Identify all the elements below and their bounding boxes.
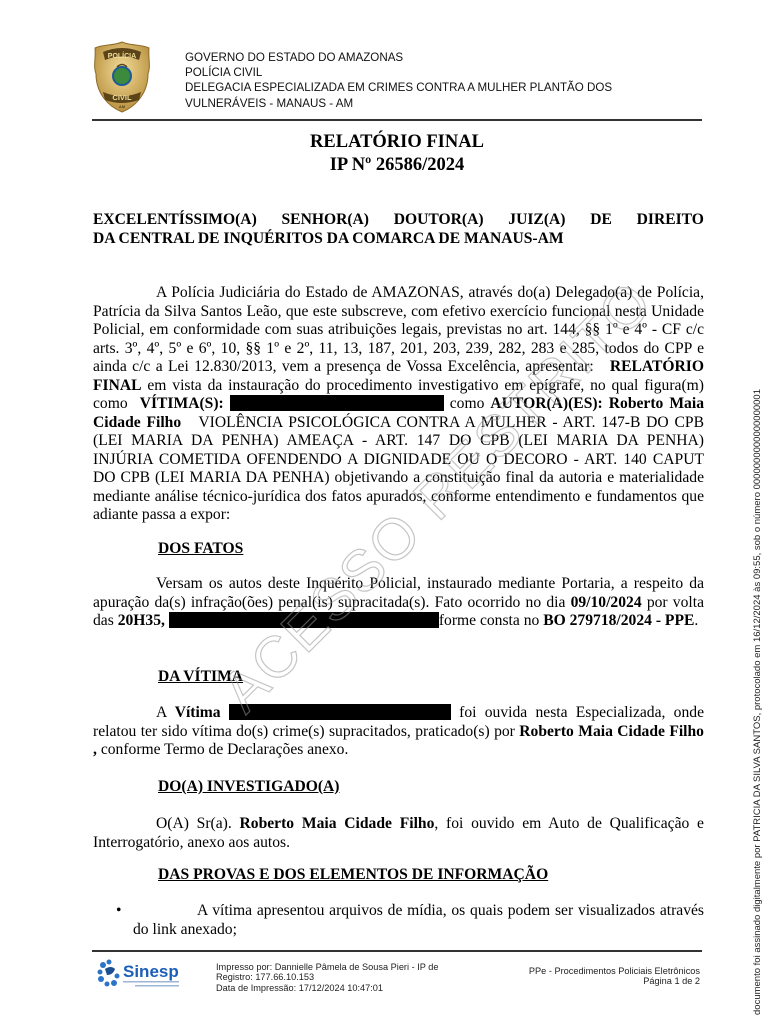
- document-title: RELATÓRIO FINAL: [92, 132, 702, 153]
- page-indicator: Página 1 de 2: [529, 976, 700, 986]
- bo-number: BO 279718/2024 - PPE: [543, 612, 694, 629]
- header-line-unit: DELEGACIA ESPECIALIZADA EM CRIMES CONTRA…: [185, 80, 612, 95]
- svg-text:POLÍCIA: POLÍCIA: [108, 51, 136, 60]
- digital-signature-note: documento foi assinado digitalmente por …: [752, 115, 763, 1015]
- addressee-word: DE: [590, 210, 612, 229]
- header-divider: [92, 119, 702, 121]
- suspect-name: Roberto Maia Cidade Filho: [240, 815, 435, 832]
- system-info: PPe - Procedimentos Policiais Eletrônico…: [529, 966, 700, 987]
- bullet-icon: •: [116, 902, 121, 921]
- vitima-paragraph: A Vítima foi ouvida nesta Especializada,…: [93, 704, 704, 760]
- incident-date: 09/10/2024: [571, 594, 642, 611]
- addressee-word: DOUTOR(A): [394, 210, 484, 229]
- redaction-box: [169, 612, 439, 628]
- print-info: Impresso por: Dannielle Pâmela de Sousa …: [216, 962, 439, 993]
- svg-text:Sinesp: Sinesp: [123, 962, 179, 981]
- section-heading-vitima: DA VÍTIMA: [158, 668, 243, 686]
- fatos-paragraph: Versam os autos deste Inquérito Policial…: [93, 575, 704, 631]
- ip-registry: Registro: 177.66.10.153: [216, 972, 439, 982]
- policia-civil-badge-icon: POLÍCIA CIVIL AM: [93, 40, 151, 114]
- section-heading-fatos: DOS FATOS: [158, 540, 243, 558]
- document-page: POLÍCIA CIVIL AM GOVERNO DO ESTADO DO AM…: [0, 0, 768, 1022]
- addressee-word: DIREITO: [637, 210, 704, 229]
- investigado-paragraph: O(A) Sr(a). Roberto Maia Cidade Filho, f…: [93, 815, 704, 852]
- sinesp-logo-icon: Sinesp: [95, 957, 185, 991]
- agency-header: GOVERNO DO ESTADO DO AMAZONAS POLÍCIA CI…: [185, 50, 612, 111]
- footer-divider: [92, 950, 702, 952]
- redaction-box: [229, 704, 451, 720]
- addressee-word: JUIZ(A): [508, 210, 565, 229]
- print-date: Data de Impressão: 17/12/2024 10:47:01: [216, 983, 439, 993]
- victims-label: VÍTIMA(S):: [140, 395, 224, 412]
- addressee: EXCELENTÍSSIMO(A) SENHOR(A) DOUTOR(A) JU…: [93, 210, 704, 248]
- addressee-word: EXCELENTÍSSIMO(A): [93, 210, 257, 229]
- intro-paragraph: A Polícia Judiciária do Estado de AMAZON…: [93, 284, 704, 525]
- header-line-unit-cont: VULNERÁVEIS - MANAUS - AM: [185, 96, 612, 111]
- document-number: IP Nº 26586/2024: [92, 155, 702, 176]
- incident-time: 20H35,: [118, 612, 165, 629]
- svg-text:CIVIL: CIVIL: [112, 93, 132, 102]
- header-line-police: POLÍCIA CIVIL: [185, 65, 612, 80]
- section-heading-provas: DAS PROVAS E DOS ELEMENTOS DE INFORMAÇÃO: [158, 866, 548, 884]
- redaction-box: [230, 395, 444, 411]
- svg-text:AM: AM: [119, 104, 126, 109]
- addressee-word: SENHOR(A): [282, 210, 370, 229]
- offenses-text: VIOLÊNCIA PSICOLÓGICA CONTRA A MULHER - …: [93, 414, 704, 524]
- header-line-government: GOVERNO DO ESTADO DO AMAZONAS: [185, 50, 612, 65]
- section-heading-investigado: DO(A) INVESTIGADO(A): [158, 778, 340, 796]
- evidence-list-item: • A vítima apresentou arquivos de mídia,…: [116, 902, 704, 939]
- addressee-line-2: DA CENTRAL DE INQUÉRITOS DA COMARCA DE M…: [93, 229, 704, 248]
- system-name: PPe - Procedimentos Policiais Eletrônico…: [529, 966, 700, 976]
- printed-by: Impresso por: Dannielle Pâmela de Sousa …: [216, 962, 439, 972]
